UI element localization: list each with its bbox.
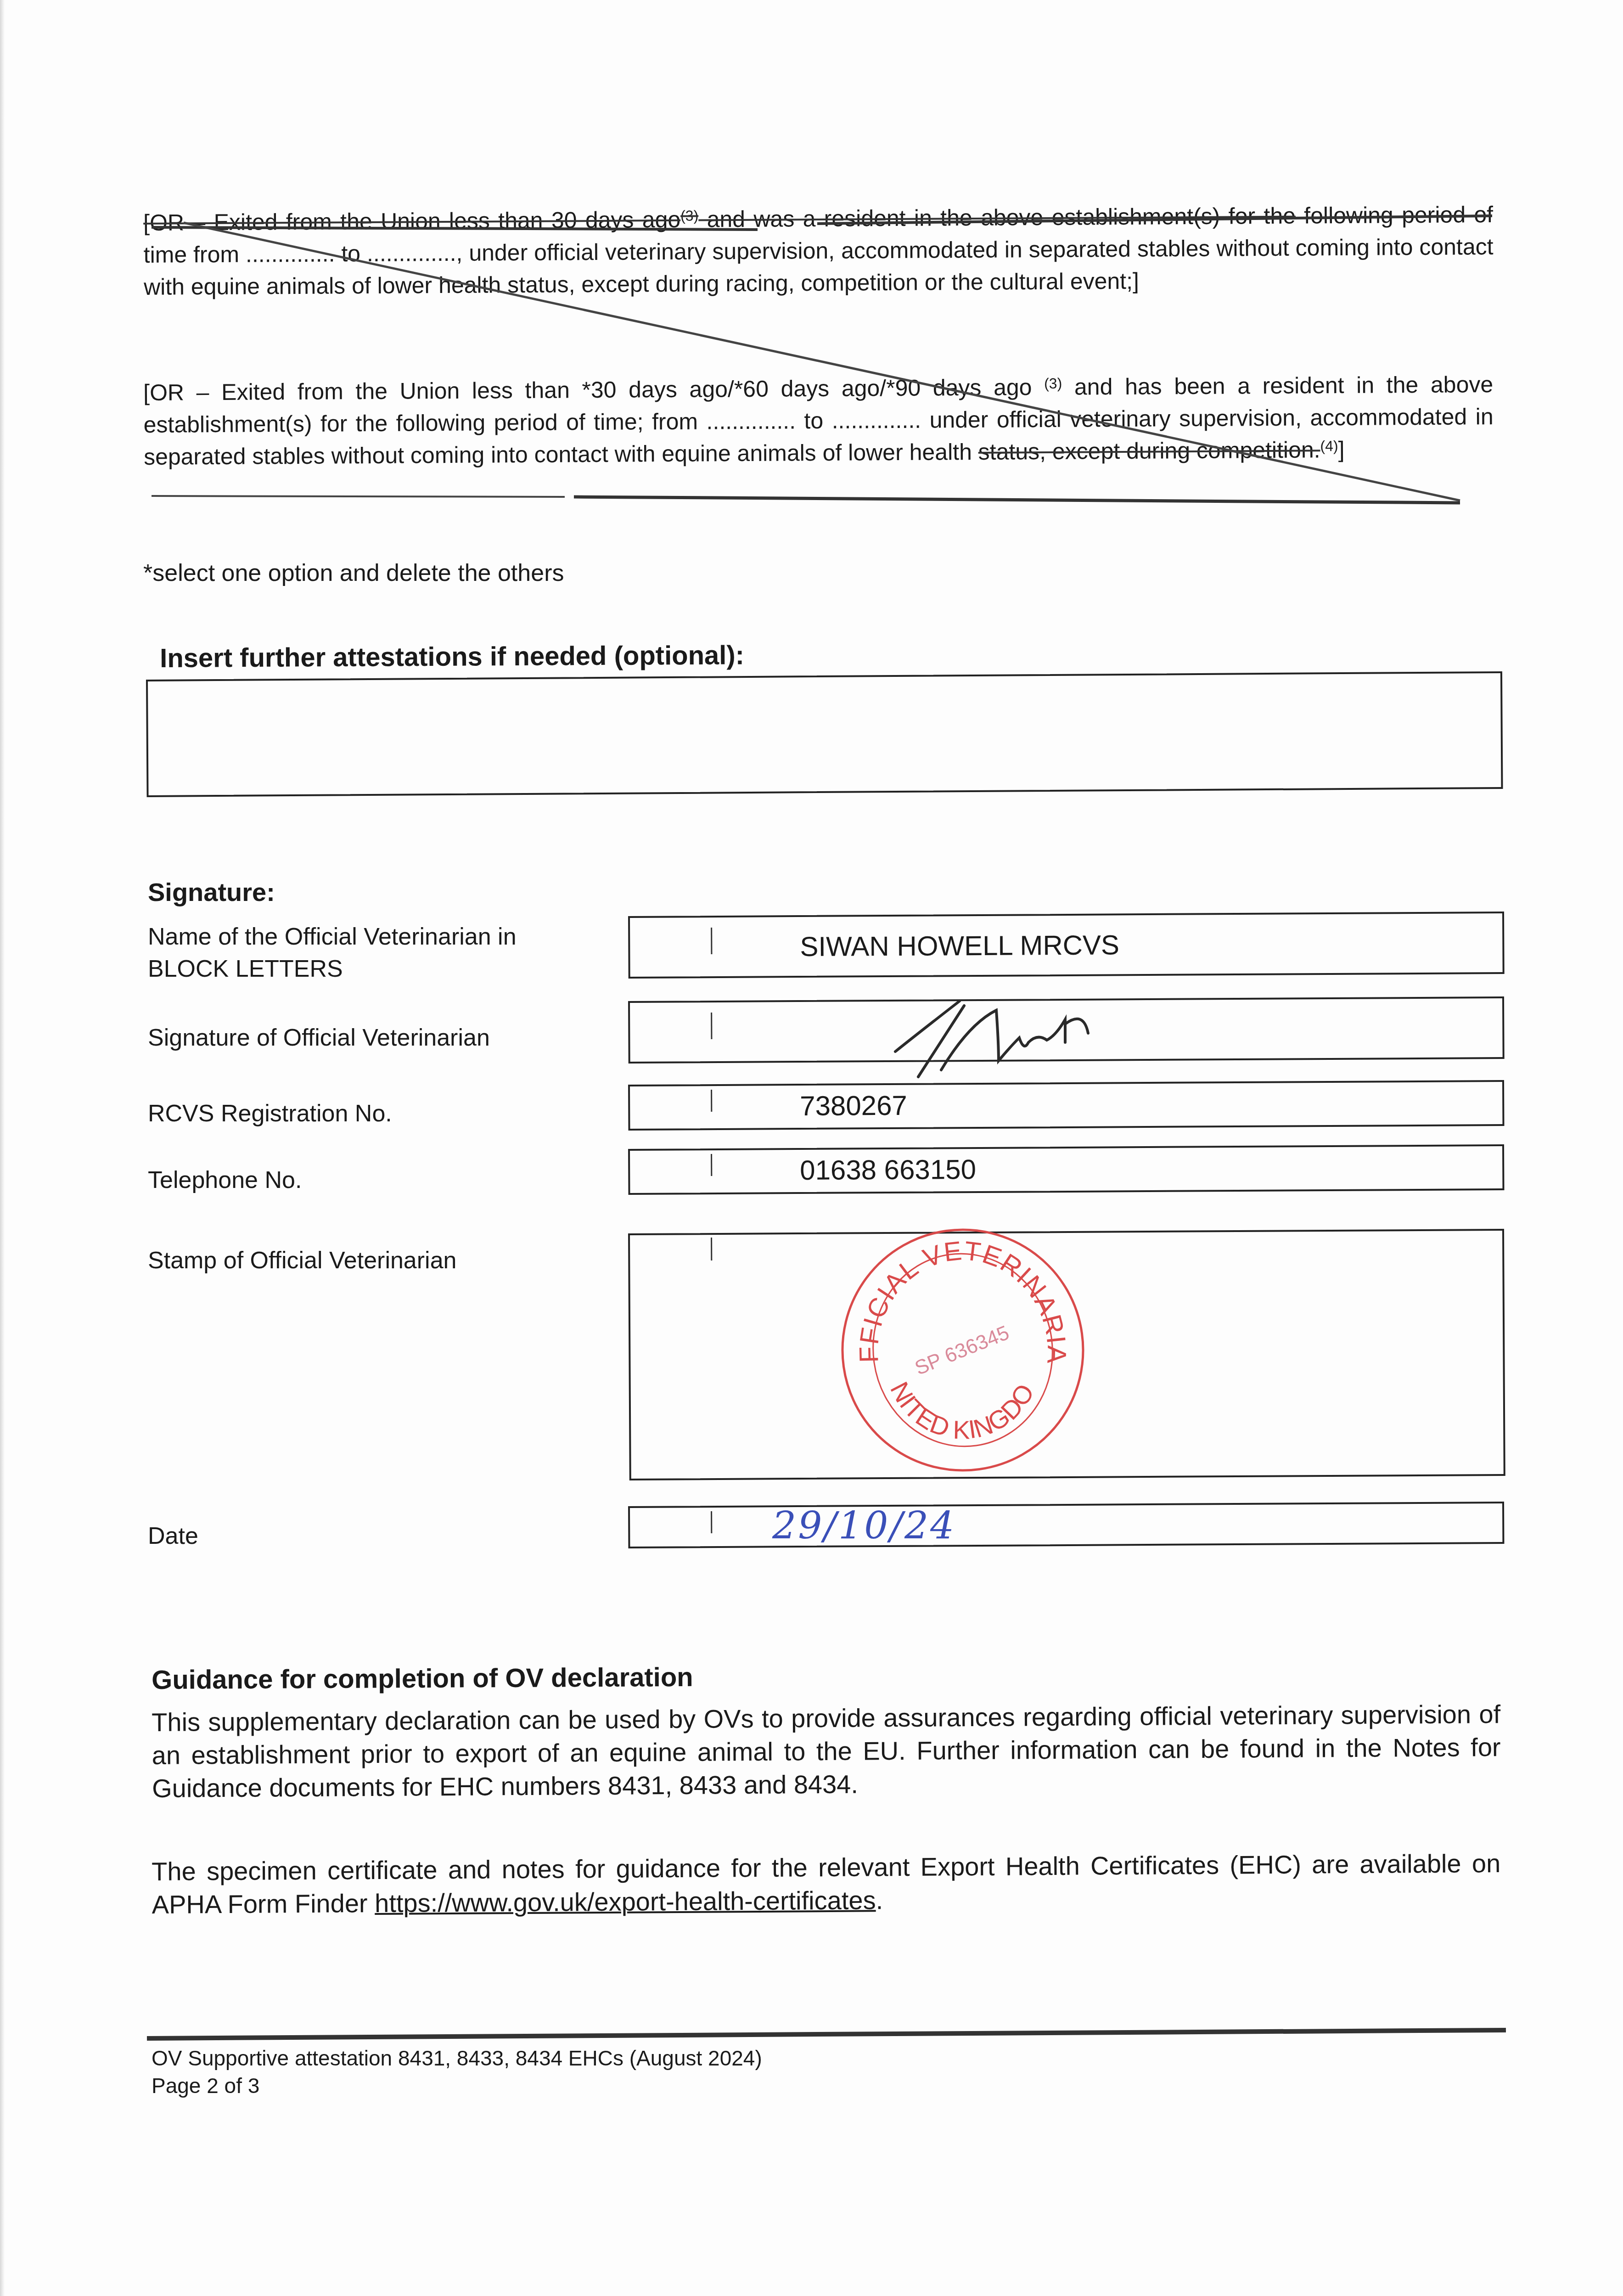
name-label: Name of the Official Veterinarian in BLO… <box>148 921 517 985</box>
footnote-ref-3: (3) <box>680 208 698 224</box>
footnote-ref-4: (4) <box>1320 438 1338 454</box>
telephone-label: Telephone No. <box>148 1164 302 1196</box>
signature-heading: Signature: <box>148 877 275 907</box>
footer-page-number: Page 2 of 3 <box>152 2073 259 2098</box>
guidance-p2-end: . <box>876 1885 883 1914</box>
footer-divider <box>147 2028 1506 2041</box>
svg-text:SP 636345: SP 636345 <box>912 1321 1013 1379</box>
further-attestations-input[interactable] <box>146 671 1503 797</box>
rcvs-number-field[interactable]: 7380267 <box>628 1080 1504 1131</box>
ov-name-value: SIWAN HOWELL MRCVS <box>800 929 1119 962</box>
option-a-struck-text-rest: and was a resident in the above establis… <box>698 203 1296 232</box>
guidance-paragraph-1: This supplementary declaration can be us… <box>152 1698 1501 1805</box>
field-cursor-mark <box>711 1238 712 1261</box>
handwritten-signature-icon <box>891 992 1194 1084</box>
name-label-line2: BLOCK LETTERS <box>148 953 517 985</box>
field-cursor-mark <box>711 1511 712 1533</box>
document-page: [OR – Exited from the Union less than 30… <box>0 0 1623 2296</box>
footer-document-title: OV Supportive attestation 8431, 8433, 84… <box>152 2046 762 2071</box>
field-cursor-mark <box>711 1013 712 1039</box>
option-b-text-start: [OR – Exited from the Union less than *3… <box>143 374 1044 405</box>
field-cursor-mark <box>711 1154 712 1176</box>
signature-label: Signature of Official Veterinarian <box>148 1022 490 1054</box>
field-cursor-mark <box>711 1090 712 1112</box>
date-field[interactable] <box>628 1502 1504 1548</box>
rcvs-label: RCVS Registration No. <box>148 1097 392 1130</box>
handwritten-date: 29/10/24 <box>772 1504 956 1548</box>
option-b-text-end: ] <box>1338 437 1345 462</box>
telephone-field[interactable]: 01638 663150 <box>628 1144 1504 1195</box>
field-cursor-mark <box>711 928 712 954</box>
guidance-paragraph-2: The specimen certificate and notes for g… <box>152 1847 1501 1921</box>
guidance-heading: Guidance for completion of OV declaratio… <box>152 1662 693 1695</box>
stamp-label: Stamp of Official Veterinarian <box>148 1244 457 1277</box>
date-label: Date <box>148 1520 198 1552</box>
export-health-certificates-link[interactable]: https://www.gov.uk/export-health-certifi… <box>375 1885 876 1918</box>
official-veterinarian-stamp: OFFICIAL VETERINARIAN UNITED KINGDOM SP … <box>837 1226 1089 1474</box>
name-label-line1: Name of the Official Veterinarian in <box>148 921 517 953</box>
scan-edge-shadow <box>0 0 5 2296</box>
option-b-struck-end: status, except during competition. <box>978 437 1320 465</box>
rcvs-number-value: 7380267 <box>800 1090 907 1122</box>
further-attestations-heading: Insert further attestations if needed (o… <box>160 640 744 674</box>
telephone-value: 01638 663150 <box>800 1154 976 1186</box>
option-a-paragraph: [OR – Exited from the Union less than 30… <box>143 198 1494 303</box>
select-option-note: *select one option and delete the others <box>143 559 564 587</box>
footnote-ref-3: (3) <box>1044 375 1062 392</box>
option-b-paragraph: [OR – Exited from the Union less than *3… <box>143 368 1494 473</box>
ov-name-field[interactable]: SIWAN HOWELL MRCVS <box>628 912 1505 979</box>
option-a-struck-text: [OR – Exited from the Union less than 30… <box>143 207 680 236</box>
